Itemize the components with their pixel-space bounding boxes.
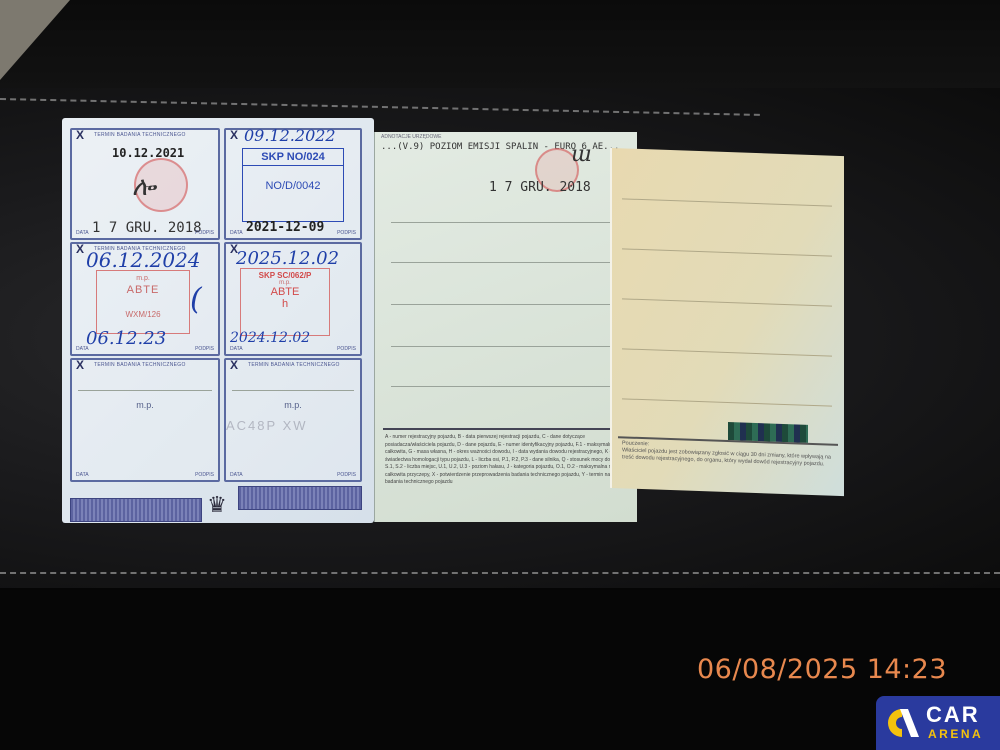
stamp-name: ABTE — [241, 286, 329, 298]
ruled-line — [391, 346, 631, 347]
car-arena-mark-icon — [886, 705, 920, 741]
data-label: DATA — [230, 230, 243, 236]
x-mark: X — [76, 242, 84, 256]
seat-stitching-bottom — [0, 572, 1000, 576]
ruled-line — [391, 222, 631, 223]
inspection-box-1: X TERMIN BADANIA TECHNICZNEGO 10.12.2021… — [70, 128, 220, 240]
podpis-label: PODPIS — [195, 472, 214, 478]
photo-timestamp: 06/08/2025 14:23 — [697, 654, 947, 685]
inspection-box-6: X TERMIN BADANIA TECHNICZNEGO m.p. AC48P… — [224, 358, 362, 482]
background-floor-corner — [0, 0, 70, 80]
ruled-line — [391, 386, 631, 387]
stamp-date: 2021-12-09 — [246, 220, 324, 235]
security-band-right — [238, 486, 362, 510]
data-label: DATA — [230, 346, 243, 352]
stamp-date: 1 7 GRU. 2018 — [92, 220, 202, 236]
stamp-station-code: SKP SC/062/P — [241, 271, 329, 280]
stamp-code: WXM/126 — [97, 310, 189, 319]
box-header: TERMIN BADANIA TECHNICZNEGO — [94, 132, 186, 138]
data-label: DATA — [76, 346, 89, 352]
x-mark: X — [230, 128, 238, 142]
box-header: TERMIN BADANIA TECHNICZNEGO — [248, 362, 340, 368]
signature: ሎ — [132, 172, 156, 203]
inspection-station-stamp: m.p. ABTE WXM/126 — [96, 270, 190, 334]
podpis-label: PODPIS — [337, 346, 356, 352]
data-label: DATA — [76, 472, 89, 478]
ruled-line — [622, 298, 832, 306]
registration-document: X TERMIN BADANIA TECHNICZNEGO 10.12.2021… — [62, 118, 847, 526]
handwritten-term-date: 06.12.2024 — [86, 248, 201, 272]
ruled-line — [391, 262, 631, 263]
inspection-box-3: X TERMIN BADANIA TECHNICZNEGO 06.12.2024… — [70, 242, 220, 356]
podpis-label: PODPIS — [337, 230, 356, 236]
annotations-page: ADNOTACJE URZĘDOWE ...(V.9) POZIOM EMISJ… — [374, 132, 637, 522]
x-mark: X — [230, 358, 238, 372]
stamp-diagnostician-code: NO/D/0042 — [243, 180, 343, 192]
security-band-left — [70, 498, 202, 522]
inspection-page: X TERMIN BADANIA TECHNICZNEGO 10.12.2021… — [62, 118, 374, 523]
inspection-box-4: X 2025.12.02 SKP SC/062/P m.p. ABTE h 20… — [224, 242, 362, 356]
signature: ( — [190, 282, 202, 317]
ruled-line — [622, 198, 832, 206]
background-top — [0, 0, 1000, 90]
podpis-label: PODPIS — [337, 472, 356, 478]
signature: ɯ — [571, 142, 592, 167]
stamp-name: ABTE — [97, 284, 189, 296]
podpis-label: PODPIS — [195, 346, 214, 352]
inspection-box-5: X TERMIN BADANIA TECHNICZNEGO m.p. DATA … — [70, 358, 220, 482]
stamp-mark: h — [241, 298, 329, 310]
stamp-station-code: SKP NO/024 — [243, 149, 343, 166]
legend-divider — [383, 428, 633, 430]
divider — [78, 390, 212, 391]
ruled-line — [391, 304, 631, 305]
handwritten-term-date: 09.12.2022 — [244, 126, 336, 145]
mp-label: m.p. — [97, 275, 189, 282]
x-mark: X — [76, 128, 84, 142]
data-label: DATA — [230, 472, 243, 478]
term-date: 10.12.2021 — [112, 146, 184, 160]
x-mark: X — [76, 358, 84, 372]
bleed-through-text: AC48P XW — [226, 418, 308, 433]
polish-eagle-emblem: ♛ — [202, 490, 232, 520]
mp-label: m.p. — [226, 400, 360, 410]
divider — [232, 390, 354, 391]
notice-page: Pouczenie: Właściciel pojazdu jest zobow… — [610, 148, 844, 496]
handwritten-stamp-date: 2024.12.02 — [230, 330, 310, 346]
mp-label: m.p. — [72, 400, 218, 410]
logo-text-car: CAR — [926, 702, 980, 728]
handwritten-term-date: 2025.12.02 — [236, 248, 339, 269]
data-label: DATA — [76, 230, 89, 236]
field-legend: A - numer rejestracyjny pojazdu, B - dat… — [385, 434, 633, 487]
inspection-station-stamp: SKP NO/024 NO/D/0042 — [242, 148, 344, 222]
handwritten-stamp-date: 06.12.23 — [86, 328, 166, 349]
podpis-label: PODPIS — [195, 230, 214, 236]
inspection-station-stamp: SKP SC/062/P m.p. ABTE h — [240, 268, 330, 336]
annotations-header: ADNOTACJE URZĘDOWE — [381, 134, 441, 140]
inspection-box-2: X 09.12.2022 SKP NO/024 NO/D/0042 2021-1… — [224, 128, 362, 240]
box-header: TERMIN BADANIA TECHNICZNEGO — [94, 362, 186, 368]
car-arena-logo: CAR ARENA — [876, 696, 1000, 750]
ruled-line — [622, 248, 832, 256]
ruled-line — [622, 398, 832, 406]
stamp-date: 1 7 GRU. 2018 — [489, 180, 591, 195]
ruled-line — [622, 348, 832, 356]
logo-text-arena: ARENA — [928, 727, 983, 741]
